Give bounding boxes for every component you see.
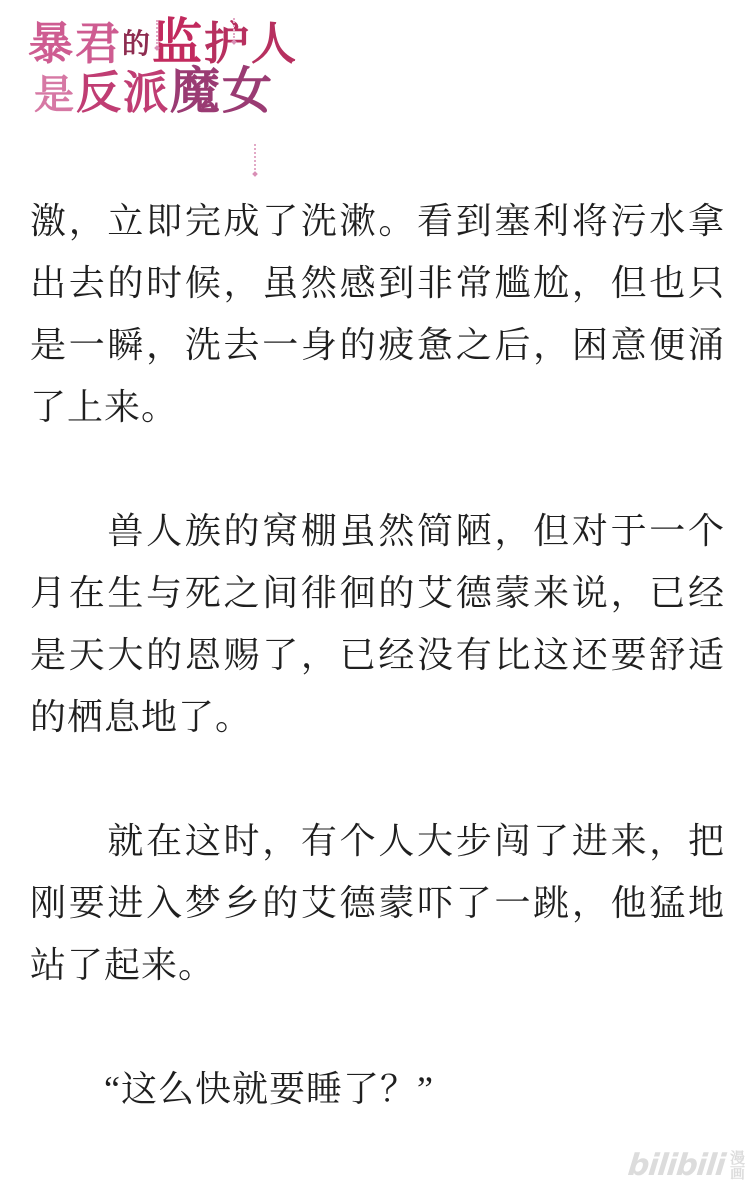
logo-decoration-dots (254, 144, 256, 170)
title-segment: 监 (152, 16, 204, 69)
paragraph-3: 就在这时，有个人大步闯了进来，把 刚要进入梦乡的艾德蒙吓了一跳，他猛地 站了起来… (30, 810, 725, 996)
text-line: 的栖息地了。 (30, 686, 725, 748)
manhua-badge: 漫 画 (730, 1151, 745, 1181)
bilibili-manhua-watermark: bilibili 漫 画 (628, 1148, 745, 1183)
title-segment: 魔女 (170, 65, 274, 118)
text-line: 了上来。 (30, 376, 725, 438)
paragraph-1: 激，立即完成了洗漱。看到塞利将污水拿 出去的时候，虽然感到非常尴尬，但也只 是一… (30, 190, 725, 438)
text-line: 站了起来。 (30, 934, 725, 996)
series-title-logo: 暴君的监护人 是反派魔女 (28, 16, 298, 117)
text-line: 激，立即完成了洗漱。看到塞利将污水拿 (30, 190, 725, 252)
paragraph-4: “这么快就要睡了？” (30, 1058, 725, 1120)
text-line: 是天大的恩赐了，已经没有比这还要舒适 (30, 624, 725, 686)
page-body: 激，立即完成了洗漱。看到塞利将污水拿 出去的时候，虽然感到非常尴尬，但也只 是一… (30, 190, 725, 1182)
series-title-line1: 暴君的监护人 (28, 16, 298, 69)
title-segment: 护人 (204, 21, 298, 68)
text-line: 就在这时，有个人大步闯了进来，把 (30, 810, 725, 872)
logo-decoration-dots (156, 20, 158, 44)
bilibili-logo: bilibili (626, 1148, 726, 1183)
logo-decoration-dots (233, 18, 235, 38)
text-line: 是一瞬，洗去一身的疲惫之后，困意便涌 (30, 314, 725, 376)
text-line: 月在生与死之间徘徊的艾德蒙来说，已经 (30, 562, 725, 624)
text-line: “这么快就要睡了？” (30, 1058, 725, 1120)
text-line: 兽人族的窝棚虽然简陋，但对于一个 (30, 500, 725, 562)
paragraph-2: 兽人族的窝棚虽然简陋，但对于一个 月在生与死之间徘徊的艾德蒙来说，已经 是天大的… (30, 500, 725, 748)
text-line: 出去的时候，虽然感到非常尴尬，但也只 (30, 252, 725, 314)
title-segment: 反派 (76, 70, 170, 117)
text-line: 刚要进入梦乡的艾德蒙吓了一跳，他猛地 (30, 872, 725, 934)
title-segment: 的 (122, 30, 152, 59)
manhua-badge-char-bottom: 画 (730, 1166, 745, 1181)
title-segment: 是 (34, 74, 76, 116)
title-segment: 暴君 (28, 21, 122, 68)
series-title-line2: 是反派魔女 (34, 65, 298, 118)
